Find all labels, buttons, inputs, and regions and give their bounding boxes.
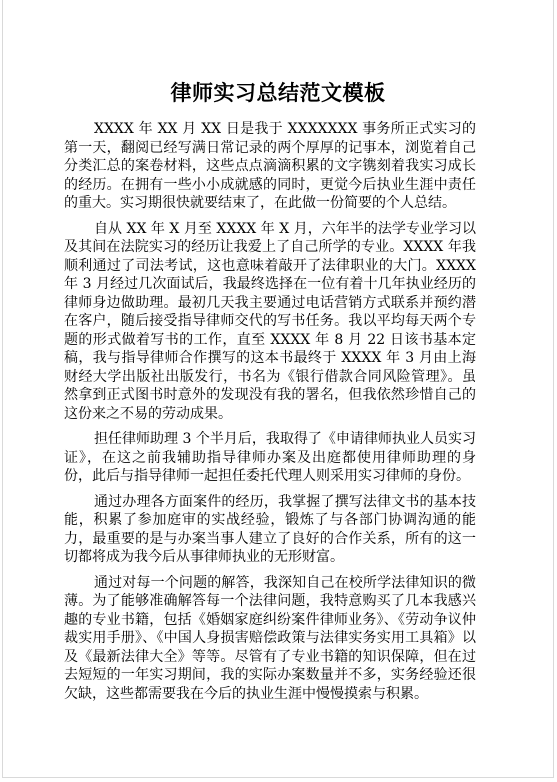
document-title: 律师实习总结范文模板 xyxy=(3,80,553,106)
document-page: 律师实习总结范文模板 XXXX 年 XX 月 XX 日是我于 XXXXXXX 事… xyxy=(2,0,554,778)
paragraph-4: 通过办理各方面案件的经历，我掌握了撰写法律文书的基本技能，积累了参加庭审的实战经… xyxy=(64,493,476,567)
paragraph-3: 担任律师助理 3 个半月后，我取得了《申请律师执业人员实习证》，在这之前我辅助指… xyxy=(64,430,476,486)
document-body: XXXX 年 XX 月 XX 日是我于 XXXXXXX 事务所正式实习的第一天，… xyxy=(3,106,553,703)
paragraph-5: 通过对每一个问题的解答，我深知自己在校所学法律知识的微薄。为了能够准确解答每一个… xyxy=(64,574,476,704)
paragraph-1: XXXX 年 XX 月 XX 日是我于 XXXXXXX 事务所正式实习的第一天，… xyxy=(64,120,476,213)
paragraph-2: 自从 XX 年 X 月至 XXXX 年 X 月，六年半的法学专业学习以及其间在法… xyxy=(64,220,476,424)
